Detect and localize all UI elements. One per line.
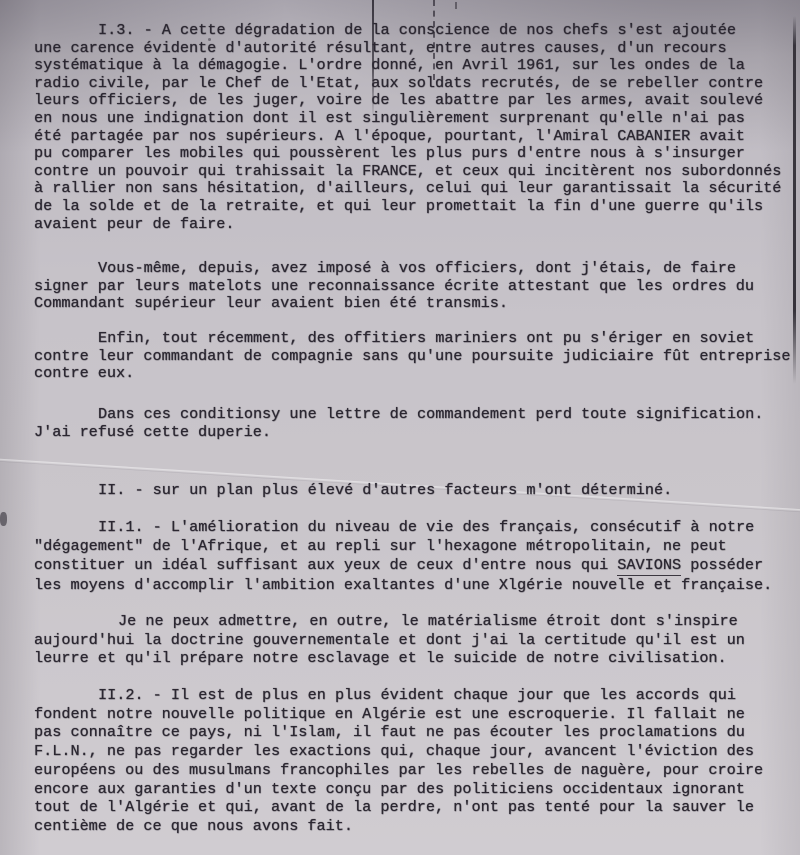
text-line: II.2. - Il est de plus en plus évident c…: [34, 686, 796, 705]
paragraph-ii1: II.1. - L'amélioration du niveau de vie …: [34, 518, 796, 595]
text-line: leurre et qu'il prépare notre esclavage …: [34, 649, 796, 668]
text-line: Enfin, tout récemment, des offitiers mar…: [34, 330, 796, 348]
text-line: contre eux.: [34, 365, 796, 383]
underlined-word: SAVIONS: [617, 556, 681, 576]
text-line: avaient peur de faire.: [34, 216, 796, 234]
text-line: leurs officiers, de les juger, voire de …: [34, 92, 796, 110]
text-line: F.L.N., ne pas regarder les exactions qu…: [34, 742, 796, 761]
paragraph-enfin: Enfin, tout récemment, des offitiers mar…: [34, 330, 796, 383]
text-line: en nous une indignation dont il est sing…: [34, 110, 796, 128]
text-line: I.3. - A cette dégradation de la conscie…: [34, 22, 796, 40]
text-line: de la solde et de la retraite, et qui le…: [34, 198, 796, 216]
paragraph-je-ne-peux: Je ne peux admettre, en outre, le matéri…: [34, 612, 796, 668]
text-line: Vous-même, depuis, avez imposé à vos off…: [34, 260, 796, 278]
text-line: fondent notre nouvelle politique en Algé…: [34, 705, 796, 724]
paragraph-vous-meme: Vous-même, depuis, avez imposé à vos off…: [34, 260, 796, 313]
heading-ii: II. - sur un plan plus élevé d'autres fa…: [34, 482, 796, 500]
text-line: II.1. - L'amélioration du niveau de vie …: [34, 518, 796, 537]
text-line: aujourd'hui la doctrine gouvernementale …: [34, 631, 796, 650]
text-line: pu comparer les mobiles qui poussèrent l…: [34, 145, 796, 163]
text-line: Dans ces conditionsy une lettre de comma…: [34, 406, 796, 424]
text-line: tout de l'Algérie et qui, avant de la pe…: [34, 798, 796, 817]
text-line: été partagée par nos supérieurs. A l'épo…: [34, 128, 796, 146]
text-line: européens ou des musulmans francophiles …: [34, 761, 796, 780]
text-line: une carence évidente d'autorité résultan…: [34, 40, 796, 58]
text-line: centième de ce que nous avons fait.: [34, 817, 796, 836]
document-text-layer: I.3. - A cette dégradation de la conscie…: [0, 0, 800, 855]
text-line: Commandant supérieur leur avaient bien é…: [34, 295, 796, 313]
text-line: à rallier non sans hésitation, d'ailleur…: [34, 180, 796, 198]
text-line: II. - sur un plan plus élevé d'autres fa…: [34, 482, 796, 500]
text-line: "dégagement" de l'Afrique, et au repli s…: [34, 537, 796, 556]
scanned-document-page: I.3. - A cette dégradation de la conscie…: [0, 0, 800, 855]
text-line: les moyens d'accomplir l'ambition exalta…: [34, 576, 796, 595]
text-line: signer par leurs matelots une reconnaiss…: [34, 278, 796, 296]
text-line: contre leur commandant de compagnie sans…: [34, 348, 796, 366]
text-line: Je ne peux admettre, en outre, le matéri…: [34, 612, 796, 631]
paragraph-conditions: Dans ces conditionsy une lettre de comma…: [34, 406, 796, 441]
text-line: encore aux garanties d'un texte conçu pa…: [34, 780, 796, 799]
text-line: pas connaître ce pays, ni l'Islam, il fa…: [34, 723, 796, 742]
text-line: radio civile, par le Chef de l'Etat, aux…: [34, 75, 796, 93]
text-line: J'ai refusé cette duperie.: [34, 424, 796, 442]
text-line: contre un pouvoir qui trahissait la FRAN…: [34, 163, 796, 181]
paragraph-ii2: II.2. - Il est de plus en plus évident c…: [34, 686, 796, 836]
text-line: systématique à la démagogie. L'ordre don…: [34, 57, 796, 75]
text-line: constituer un idéal suffisant aux yeux d…: [34, 556, 796, 575]
paragraph-i3: I.3. - A cette dégradation de la conscie…: [34, 22, 796, 233]
